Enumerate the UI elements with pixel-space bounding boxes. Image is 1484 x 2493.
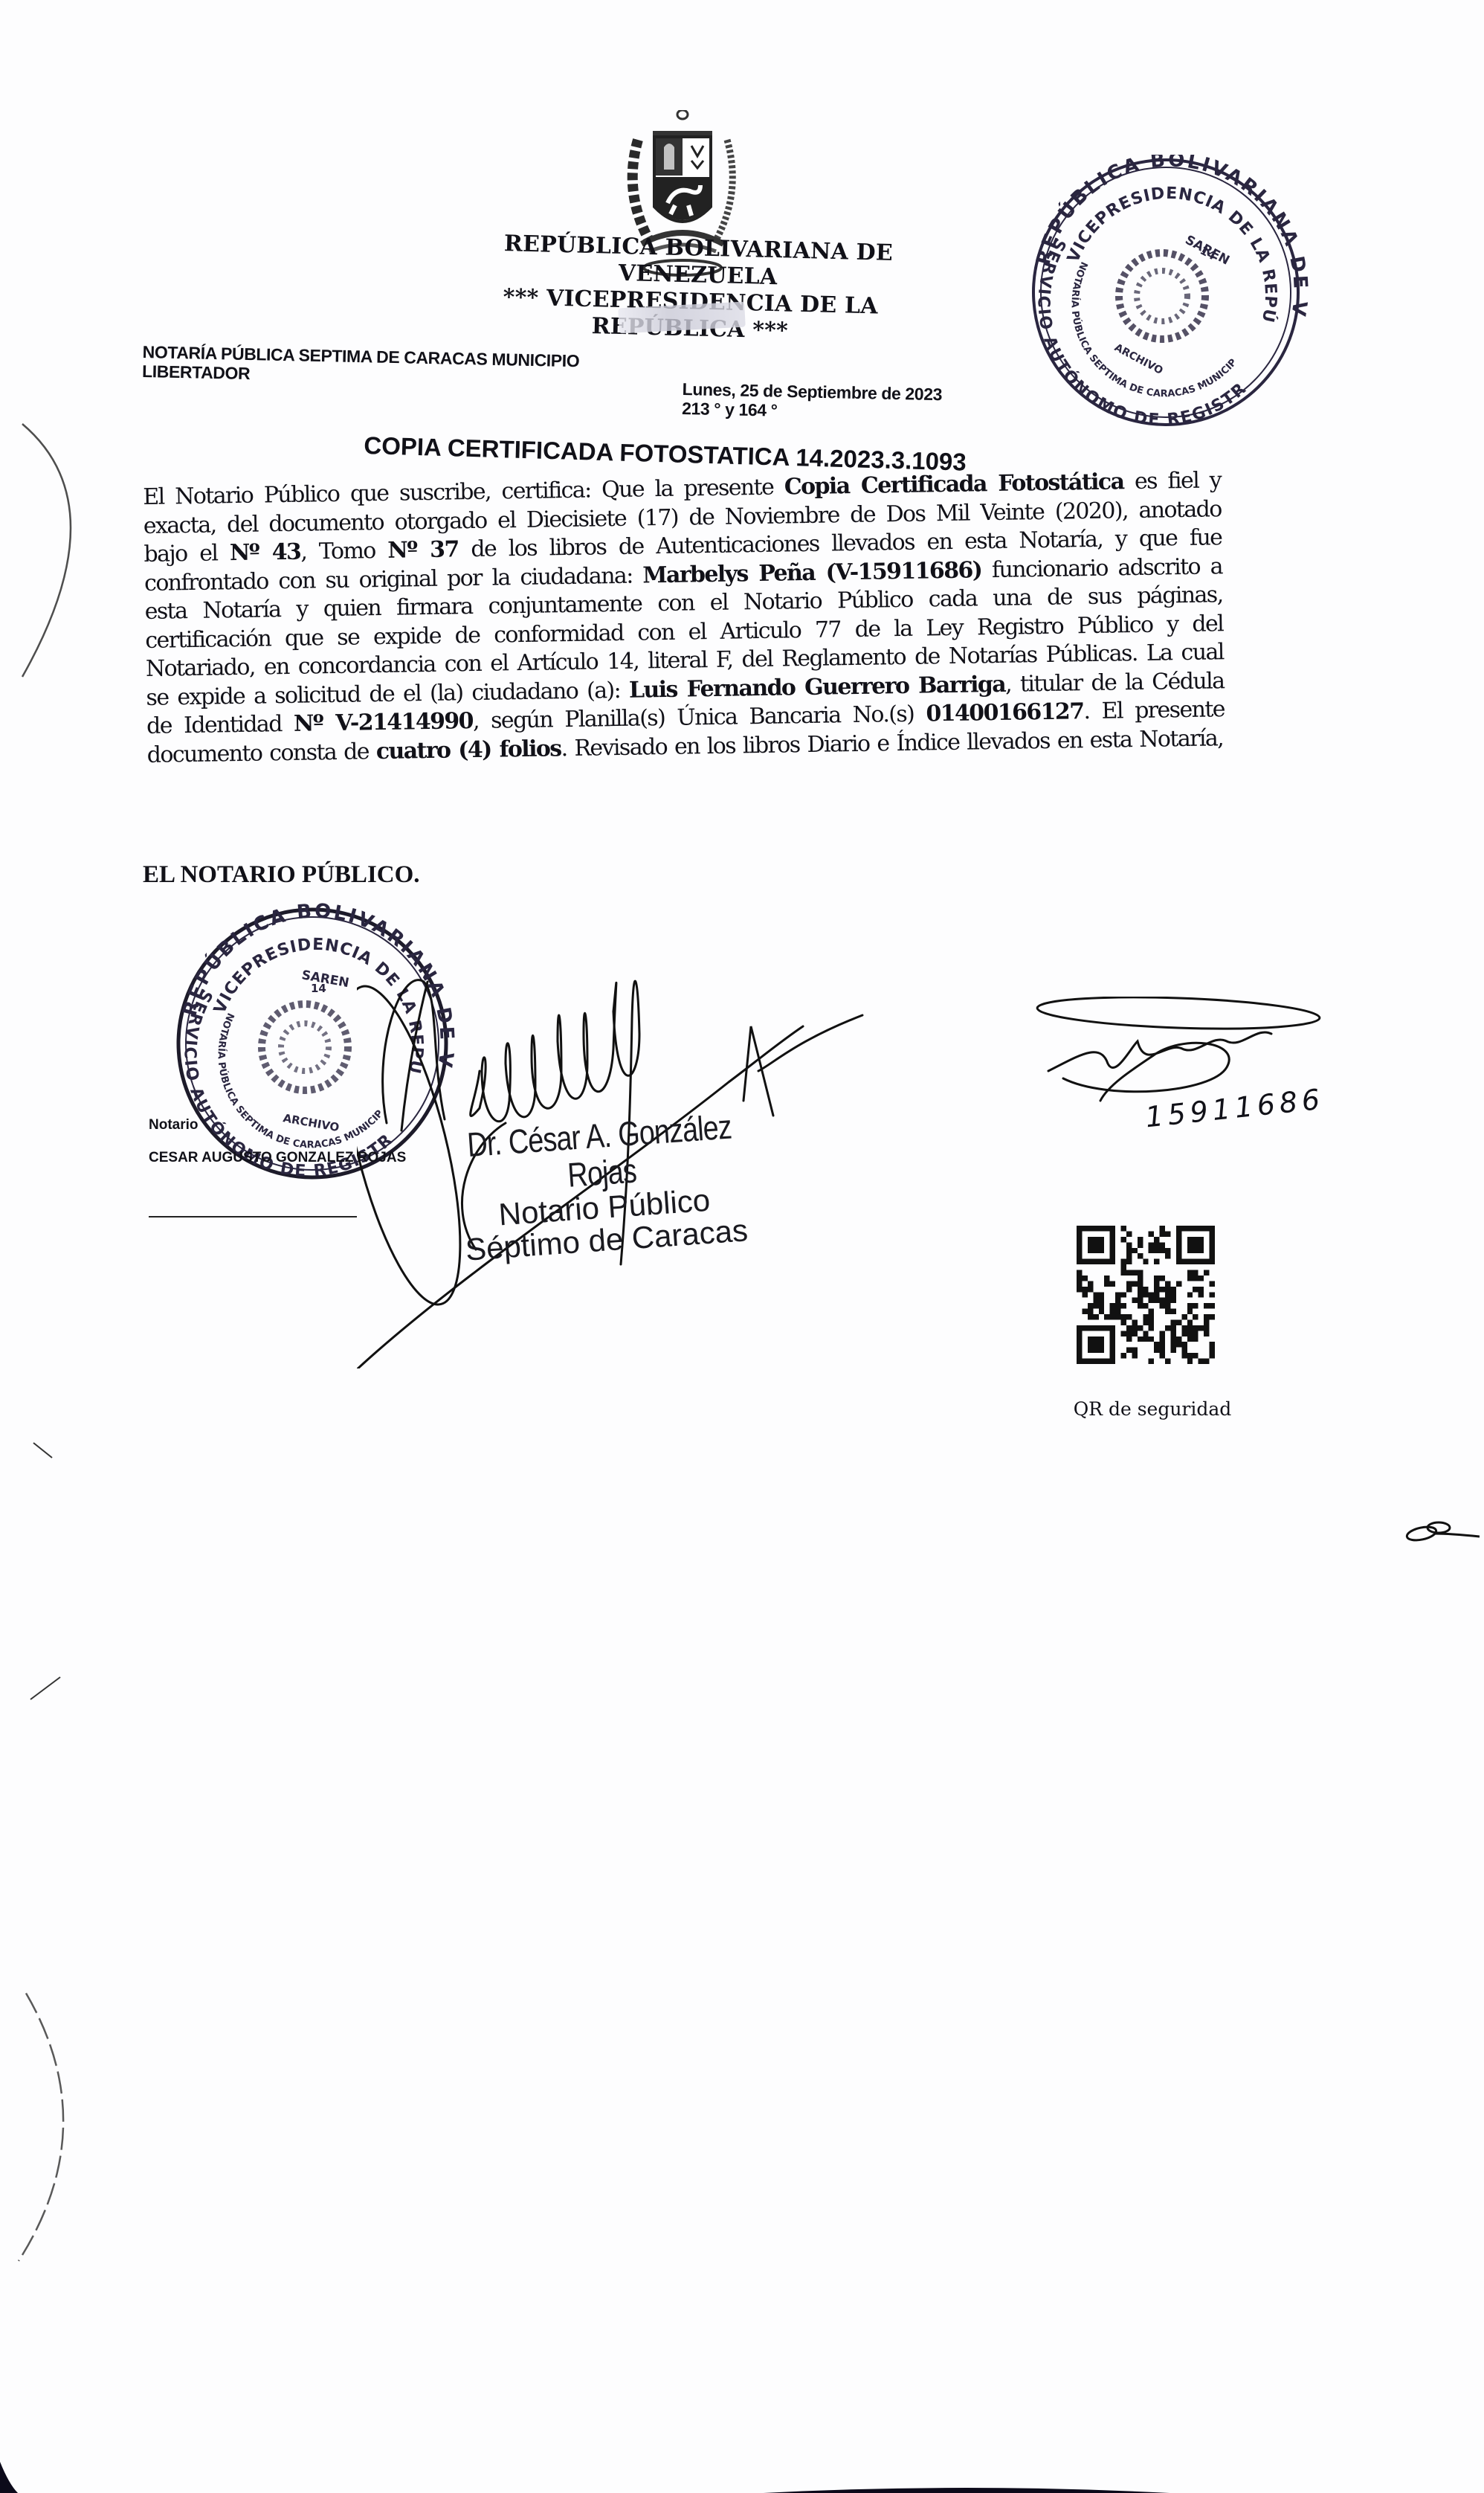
notary-rubber-stamp: Dr. César A. González Rojas Notario Públ… <box>405 1104 801 1270</box>
scan-edge-tick <box>27 1673 64 1703</box>
qr-code-icon[interactable] <box>1077 1226 1215 1364</box>
notary-heading: EL NOTARIO PÚBLICO. <box>143 861 420 889</box>
signature-line <box>149 1216 357 1217</box>
body-emphasis: Marbelys Peña (V-15911686) <box>642 557 982 588</box>
qr-label: QR de seguridad <box>1071 1398 1234 1420</box>
body-emphasis: Copia Certificada Fotostática <box>784 469 1124 500</box>
issue-date-block: Lunes, 25 de Septiembre de 2023 213 ° y … <box>682 379 1010 425</box>
scan-edge-tick <box>30 1439 59 1461</box>
scan-bottom-shadow <box>0 2454 1484 2493</box>
header-title-line1: REPÚBLICA BOLIVARIANA DE VENEZUELA <box>504 231 894 290</box>
body-text-run: , según Planilla(s) Única Bancaria No.(s… <box>473 701 926 734</box>
svg-text:14: 14 <box>311 982 326 995</box>
body-emphasis: 01400166127 <box>926 698 1084 727</box>
svg-text:ARCHIVO: ARCHIVO <box>1112 341 1165 377</box>
notaria-name: NOTARÍA PÚBLICA SEPTIMA DE CARACAS MUNIC… <box>142 342 678 392</box>
saren-seal-stamp-icon: REPÚBLICA BOLIVARIANA DE VENEZUELA VICEP… <box>1017 155 1314 430</box>
body-emphasis: Luis Fernando Guerrero Barriga <box>629 671 1006 703</box>
body-emphasis: Nº V-21414990 <box>294 708 473 737</box>
scan-edge-arc <box>0 416 119 699</box>
body-emphasis: cuatro (4) folios <box>376 736 561 765</box>
svg-text:ARCHIVO: ARCHIVO <box>282 1111 340 1134</box>
initial-mark-icon <box>1405 1517 1480 1554</box>
body-emphasis: Nº 43 <box>230 539 301 566</box>
body-emphasis: Nº 37 <box>387 536 459 563</box>
header-title: REPÚBLICA BOLIVARIANA DE VENEZUELA *** V… <box>436 229 958 349</box>
notary-label: Notario <box>149 1117 199 1133</box>
certification-paragraph: El Notario Público que suscribe, certifi… <box>143 466 1225 770</box>
body-text-run: , Tomo <box>300 538 388 565</box>
scan-edge-arc <box>0 1978 119 2276</box>
